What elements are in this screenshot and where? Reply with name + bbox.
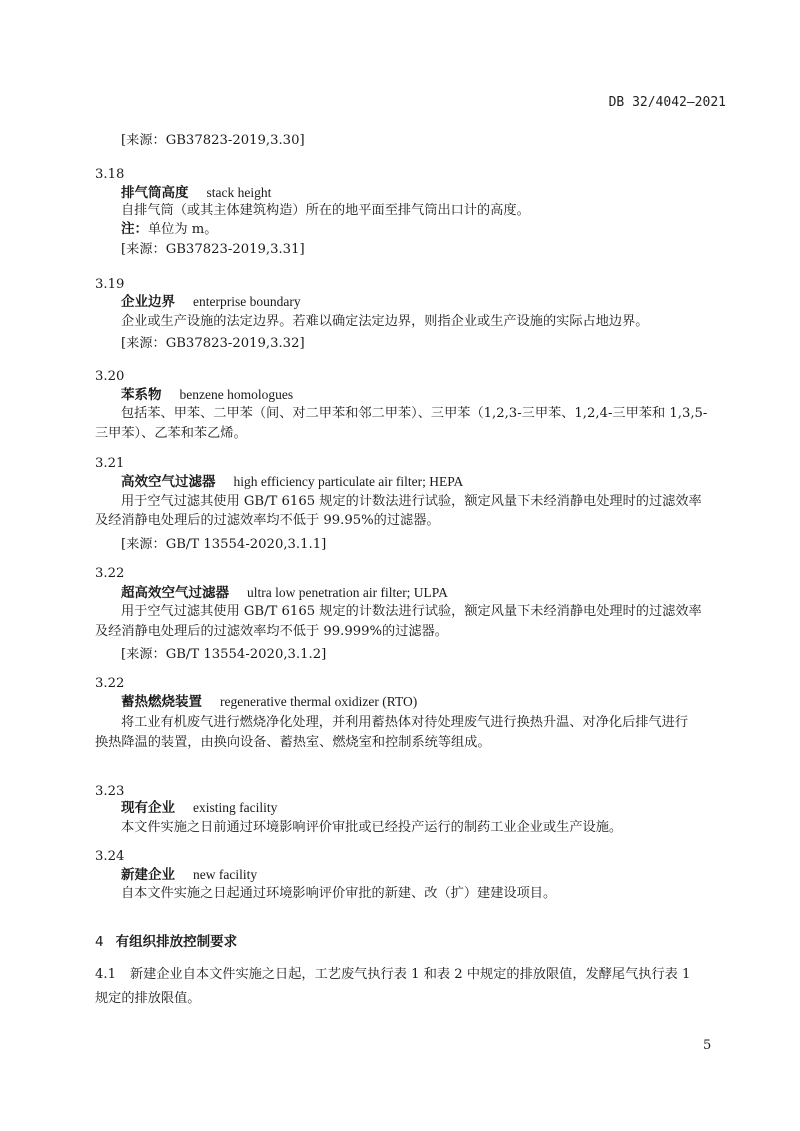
term-zh: 排气筒高度 (121, 185, 189, 201)
section-title: 有组织排放控制要求 (116, 934, 238, 950)
term-definition: 用于空气过滤其使用 GB/T 6165 规定的计数法进行试验，额定风量下未经消静… (121, 603, 702, 621)
term-definition: 自本文件实施之日起通过环境影响评价审批的新建、改（扩）建建设项目。 (121, 885, 556, 903)
term-heading: 蓄热燃烧装置regenerative thermal oxidizer (RTO… (121, 693, 417, 712)
term-note: 注：单位为 m。 (121, 220, 217, 239)
document-code: DB 32/4042—2021 (609, 95, 726, 110)
term-definition: 包括苯、甲苯、二甲苯（间、对二甲苯和邻二甲苯）、三甲苯（1,2,3-三甲苯、1,… (121, 405, 707, 423)
term-en: benzene homologues (180, 387, 294, 402)
term-number: 3.20 (95, 368, 124, 386)
source-citation: [来源：GB37823-2019,3.30] (121, 132, 305, 150)
section-heading: 4有组织排放控制要求 (95, 930, 237, 950)
term-zh: 超高效空气过滤器 (121, 585, 229, 601)
clause-text: 新建企业自本文件实施之日起，工艺废气执行表 1 和表 2 中规定的排放限值，发酵… (130, 967, 690, 982)
term-number: 3.19 (95, 276, 124, 294)
term-definition: 用于空气过滤其使用 GB/T 6165 规定的计数法进行试验，额定风量下未经消静… (121, 493, 702, 511)
term-en: high efficiency particulate air filter; … (234, 474, 464, 489)
term-heading: 高效空气过滤器high efficiency particulate air f… (121, 473, 463, 492)
term-definition-cont: 三甲苯）、乙苯和苯乙烯。 (95, 425, 247, 443)
term-zh: 企业边界 (121, 294, 175, 310)
term-zh: 蓄热燃烧装置 (121, 694, 202, 710)
term-en: new facility (193, 867, 257, 882)
section-number: 4 (95, 934, 104, 950)
clause-4-1: 4.1新建企业自本文件实施之日起，工艺废气执行表 1 和表 2 中规定的排放限值… (95, 966, 690, 984)
source-citation: [来源：GB37823-2019,3.32] (121, 335, 305, 353)
term-zh: 高效空气过滤器 (121, 474, 216, 490)
term-number: 3.22 (95, 675, 124, 693)
term-number: 3.18 (95, 166, 124, 184)
note-text: 单位为 m。 (148, 222, 217, 237)
term-number: 3.21 (95, 455, 124, 473)
term-definition-cont: 换热降温的装置，由换向设备、蓄热室、燃烧室和控制系统等组成。 (95, 734, 491, 752)
term-definition-cont: 及经消静电处理后的过滤效率均不低于 99.95%的过滤器。 (95, 512, 440, 530)
term-number: 3.23 (95, 783, 124, 801)
term-definition: 企业或生产设施的法定边界。若难以确定法定边界，则指企业或生产设施的实际占地边界。 (121, 313, 649, 331)
source-citation: [来源：GB/T 13554-2020,3.1.1] (121, 536, 326, 554)
term-zh: 新建企业 (121, 867, 175, 883)
term-heading: 排气筒高度stack height (121, 184, 271, 203)
clause-text-cont: 规定的排放限值。 (95, 990, 201, 1008)
term-en: enterprise boundary (193, 294, 301, 309)
term-number: 3.24 (95, 848, 124, 866)
note-label: 注： (121, 221, 148, 237)
term-heading: 超高效空气过滤器ultra low penetration air filter… (121, 584, 448, 603)
term-en: stack height (207, 185, 272, 200)
term-zh: 苯系物 (121, 387, 162, 403)
term-en: regenerative thermal oxidizer (RTO) (220, 694, 417, 709)
term-number: 3.22 (95, 565, 124, 583)
document-page: DB 32/4042—2021 [来源：GB37823-2019,3.30] 3… (0, 0, 800, 1131)
term-zh: 现有企业 (121, 800, 175, 816)
term-definition: 本文件实施之日前通过环境影响评价审批或已经投产运行的制药工业企业或生产设施。 (121, 819, 622, 837)
term-heading: 苯系物benzene homologues (121, 386, 293, 405)
source-citation: [来源：GB/T 13554-2020,3.1.2] (121, 646, 326, 664)
term-heading: 现有企业existing facility (121, 799, 277, 818)
source-citation: [来源：GB37823-2019,3.31] (121, 241, 305, 259)
term-en: existing facility (193, 800, 277, 815)
term-definition: 自排气筒（或其主体建筑构造）所在的地平面至排气筒出口计的高度。 (121, 202, 530, 220)
term-en: ultra low penetration air filter; ULPA (247, 585, 448, 600)
term-heading: 新建企业new facility (121, 866, 257, 885)
clause-number: 4.1 (95, 967, 116, 982)
term-heading: 企业边界enterprise boundary (121, 293, 301, 312)
term-definition-cont: 及经消静电处理后的过滤效率均不低于 99.999%的过滤器。 (95, 623, 448, 641)
term-definition: 将工业有机废气进行燃烧净化处理，并利用蓄热体对待处理废气进行换热升温、对净化后排… (121, 714, 688, 732)
page-number: 5 (703, 1038, 711, 1053)
